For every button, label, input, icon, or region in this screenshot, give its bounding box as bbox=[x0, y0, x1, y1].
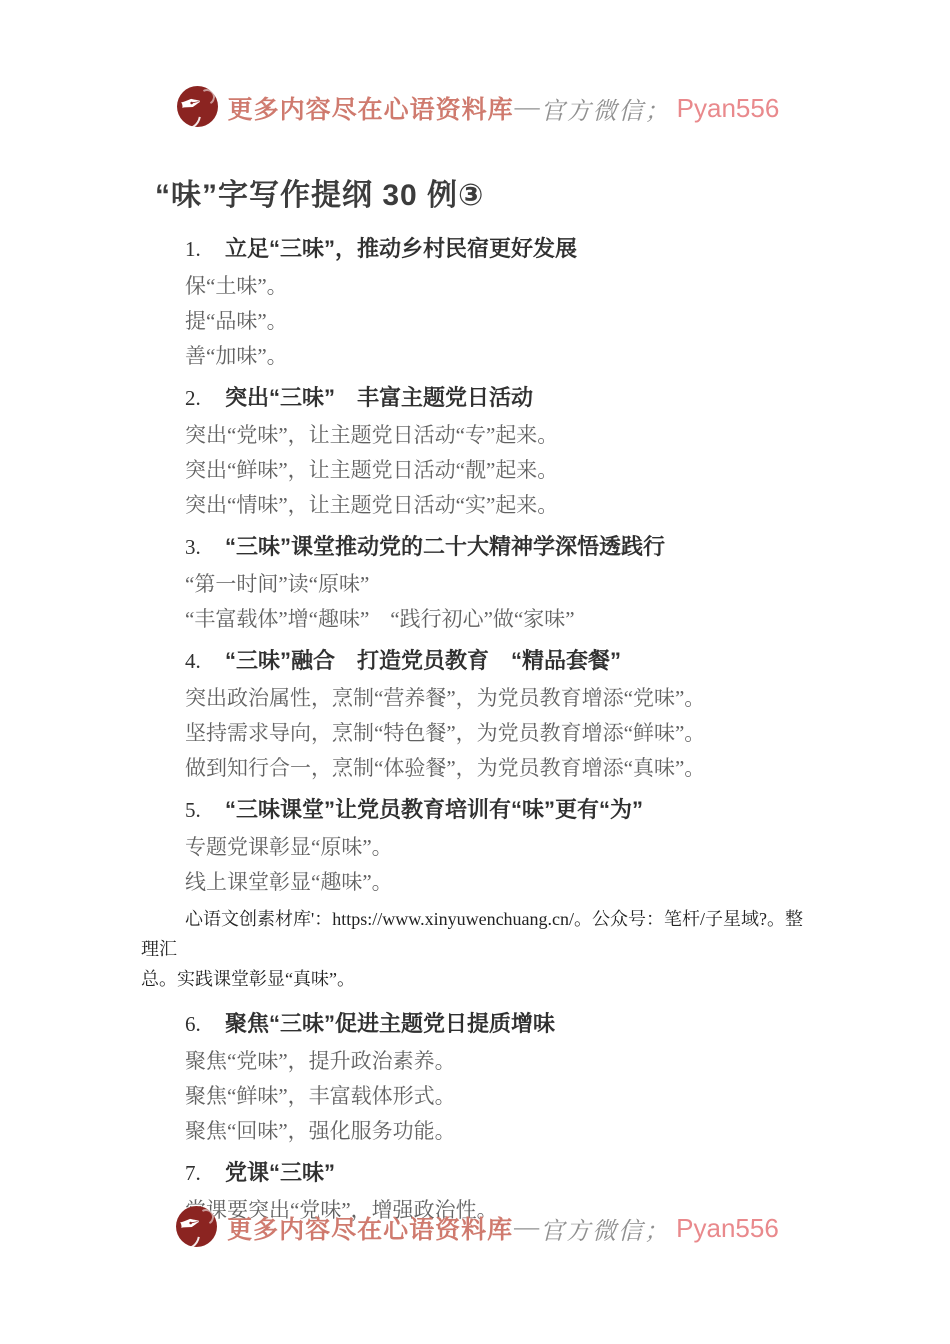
outline-line: 善“加味”。 bbox=[185, 344, 810, 368]
section-number: 7. bbox=[185, 1160, 225, 1187]
section-heading: 7. 党课“三味” bbox=[185, 1159, 810, 1187]
brand-slogan: 更多内容尽在心语资料库 bbox=[228, 90, 514, 126]
outline-line: 聚焦“回味”，强化服务功能。 bbox=[185, 1119, 810, 1143]
section-heading: 2. 突出“三味” 丰富主题党日活动 bbox=[185, 384, 810, 412]
section-5: 5. “三味课堂”让党员教育培训有“味”更有“为” 专题党课彰显“原味”。 线上… bbox=[141, 796, 810, 894]
section-heading-text: 党课“三味” bbox=[225, 1159, 335, 1186]
section-heading-text: 聚焦“三味”促进主题党日提质增味 bbox=[225, 1010, 555, 1037]
outline-line: 保“土味”。 bbox=[185, 274, 810, 298]
pen-logo-icon: ✒ bbox=[171, 1205, 219, 1251]
outline-line: 坚持需求导向，烹制“特色餐”，为党员教育增添“鲜味”。 bbox=[185, 721, 810, 745]
header-brandbar: ✒ 更多内容尽在心语资料库 — 官方微信； Pyan556 bbox=[141, 83, 810, 133]
outline-line: “丰富载体”增“趣味” “践行初心”做“家味” bbox=[185, 607, 810, 631]
section-number: 1. bbox=[185, 236, 225, 263]
wechat-id: Pyan556 bbox=[676, 1213, 779, 1244]
section-2: 2. 突出“三味” 丰富主题党日活动 突出“党味”，让主题党日活动“专”起来。 … bbox=[141, 384, 810, 517]
section-heading-text: “三味”课堂推动党的二十大精神学深悟透践行 bbox=[225, 533, 665, 560]
section-heading-text: 突出“三味” 丰富主题党日活动 bbox=[225, 384, 533, 411]
section-heading: 1. 立足“三味”，推动乡村民宿更好发展 bbox=[185, 235, 810, 263]
outline-line: 突出“党味”，让主题党日活动“专”起来。 bbox=[185, 423, 810, 447]
brand-slogan: 更多内容尽在心语资料库 bbox=[227, 1210, 513, 1246]
section-heading: 4. “三味”融合 打造党员教育 “精品套餐” bbox=[185, 647, 810, 675]
pen-logo-icon: ✒ bbox=[172, 85, 220, 131]
watermark-line: 心语文创素材库'：https://www.xinyuwenchuang.cn/。… bbox=[141, 904, 810, 964]
outline-line: 线上课堂彰显“趣味”。 bbox=[185, 870, 810, 894]
brand-dash: — bbox=[515, 94, 540, 122]
outline-line: 突出“情味”，让主题党日活动“实”起来。 bbox=[185, 493, 810, 517]
section-1: 1. 立足“三味”，推动乡村民宿更好发展 保“土味”。 提“品味”。 善“加味”… bbox=[141, 235, 810, 368]
section-number: 3. bbox=[185, 534, 225, 561]
outline-line: “第一时间”读“原味” bbox=[185, 572, 810, 596]
wechat-label: 官方微信； bbox=[540, 1211, 670, 1246]
section-heading-text: 立足“三味”，推动乡村民宿更好发展 bbox=[225, 235, 577, 262]
section-heading: 6. 聚焦“三味”促进主题党日提质增味 bbox=[185, 1010, 810, 1038]
section-heading: 5. “三味课堂”让党员教育培训有“味”更有“为” bbox=[185, 796, 810, 824]
pen-nib-icon: ✒ bbox=[177, 89, 205, 120]
section-number: 6. bbox=[185, 1011, 225, 1038]
section-heading: 3. “三味”课堂推动党的二十大精神学深悟透践行 bbox=[185, 533, 810, 561]
section-heading-text: “三味课堂”让党员教育培训有“味”更有“为” bbox=[225, 796, 643, 823]
section-3: 3. “三味”课堂推动党的二十大精神学深悟透践行 “第一时间”读“原味” “丰富… bbox=[141, 533, 810, 631]
watermark-paragraph: 心语文创素材库'：https://www.xinyuwenchuang.cn/。… bbox=[141, 904, 810, 994]
wechat-id: Pyan556 bbox=[677, 93, 780, 124]
brand-dash: — bbox=[514, 1214, 539, 1242]
wechat-label: 官方微信； bbox=[541, 91, 671, 126]
section-number: 5. bbox=[185, 797, 225, 824]
section-heading-text: “三味”融合 打造党员教育 “精品套餐” bbox=[225, 647, 621, 674]
outline-line: 做到知行合一，烹制“体验餐”，为党员教育增添“真味”。 bbox=[185, 756, 810, 780]
page-title: “味”字写作提纲 30 例③ bbox=[155, 173, 810, 219]
outline-line: 突出“鲜味”，让主题党日活动“靓”起来。 bbox=[185, 458, 810, 482]
outline-line: 聚焦“党味”，提升政治素养。 bbox=[185, 1049, 810, 1073]
section-number: 2. bbox=[185, 385, 225, 412]
watermark-line: 总。实践课堂彰显“真味”。 bbox=[141, 964, 810, 994]
outline-line: 聚焦“鲜味”，丰富载体形式。 bbox=[185, 1084, 810, 1108]
footer-brandbar: ✒ 更多内容尽在心语资料库 — 官方微信； Pyan556 bbox=[0, 1203, 950, 1253]
outline-line: 提“品味”。 bbox=[185, 309, 810, 333]
document-page: ✒ 更多内容尽在心语资料库 — 官方微信； Pyan556 “味”字写作提纲 3… bbox=[0, 0, 950, 1344]
section-number: 4. bbox=[185, 648, 225, 675]
section-4: 4. “三味”融合 打造党员教育 “精品套餐” 突出政治属性，烹制“营养餐”，为… bbox=[141, 647, 810, 780]
section-6: 6. 聚焦“三味”促进主题党日提质增味 聚焦“党味”，提升政治素养。 聚焦“鲜味… bbox=[141, 1010, 810, 1143]
outline-line: 专题党课彰显“原味”。 bbox=[185, 835, 810, 859]
outline-line: 突出政治属性，烹制“营养餐”，为党员教育增添“党味”。 bbox=[185, 686, 810, 710]
